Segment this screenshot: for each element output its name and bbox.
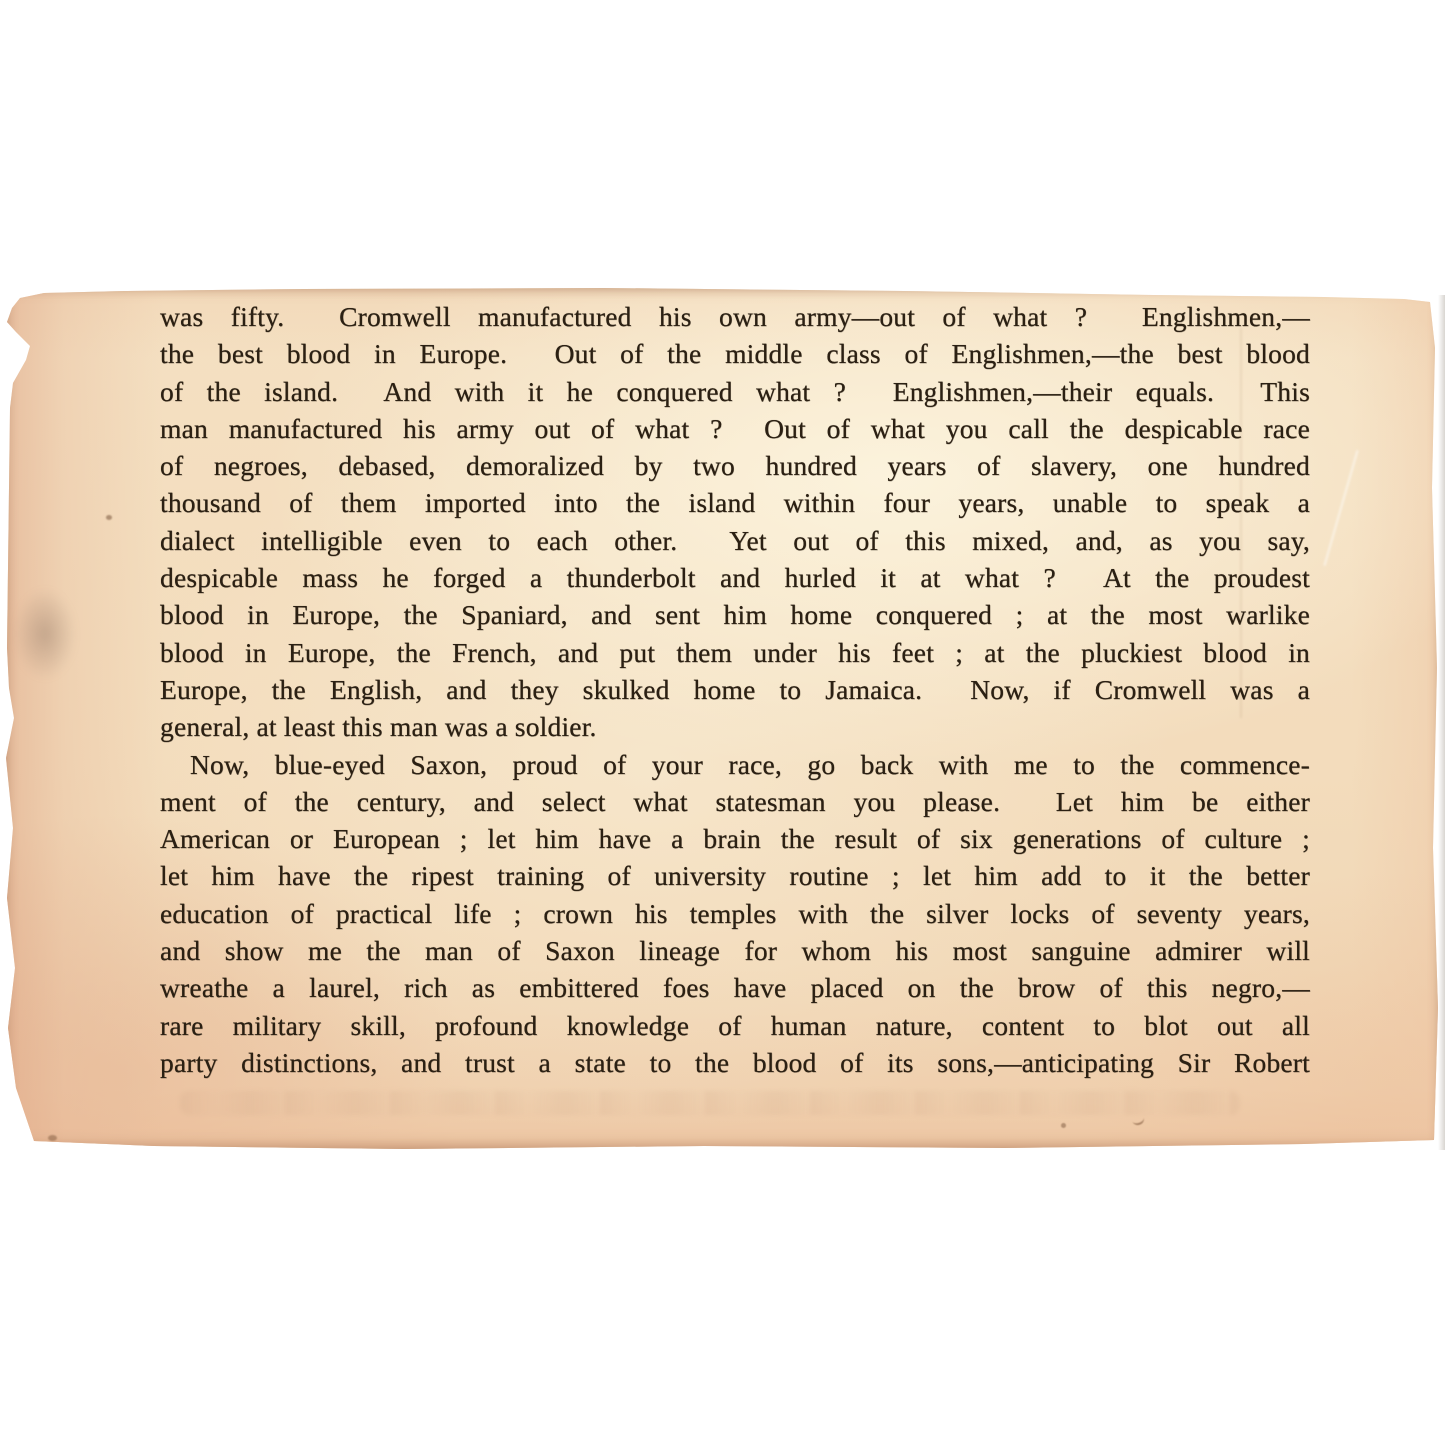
- text-line: blood in Europe, the Spaniard, and sent …: [160, 596, 1310, 633]
- ink-showthrough: [180, 1091, 1240, 1115]
- text-line: man manufactured his army out of what ? …: [160, 410, 1310, 447]
- paper-stain: [14, 588, 76, 680]
- text-line: dialect intelligible even to each other.…: [160, 522, 1310, 559]
- text-line: despicable mass he forged a thunderbolt …: [160, 559, 1310, 596]
- text-line: of the island. And with it he conquered …: [160, 373, 1310, 410]
- paper-speck: [48, 1135, 57, 1141]
- text-line: the best blood in Europe. Out of the mid…: [160, 335, 1310, 372]
- text-block: was fifty. Cromwell manufactured his own…: [160, 298, 1310, 1081]
- text-line: was fifty. Cromwell manufactured his own…: [160, 298, 1310, 335]
- text-line: blood in Europe, the French, and put the…: [160, 634, 1310, 671]
- scanned-page: was fifty. Cromwell manufactured his own…: [4, 288, 1441, 1149]
- text-line: general, at least this man was a soldier…: [160, 708, 1310, 745]
- text-line: let him have the ripest training of univ…: [160, 857, 1310, 894]
- text-line: education of practical life ; crown his …: [160, 895, 1310, 932]
- text-line: rare military skill, profound knowledge …: [160, 1007, 1310, 1044]
- text-line: Europe, the English, and they skulked ho…: [160, 671, 1310, 708]
- text-line: and show me the man of Saxon lineage for…: [160, 932, 1310, 969]
- paper-speck: [1061, 1123, 1066, 1128]
- text-line: American or European ; let him have a br…: [160, 820, 1310, 857]
- text-line: party distinctions, and trust a state to…: [160, 1044, 1310, 1081]
- text-line: ment of the century, and select what sta…: [160, 783, 1310, 820]
- text-line: of negroes, debased, demoralized by two …: [160, 447, 1310, 484]
- text-line: wreathe a laurel, rich as embittered foe…: [160, 969, 1310, 1006]
- paper-speck: [106, 515, 112, 520]
- photo-edge-sliver: [1438, 295, 1445, 1150]
- paper-scratch: [1324, 450, 1359, 566]
- text-line: thousand of them imported into the islan…: [160, 484, 1310, 521]
- photo-background: was fifty. Cromwell manufactured his own…: [0, 0, 1445, 1445]
- text-line: Now, blue-eyed Saxon, proud of your race…: [160, 746, 1310, 783]
